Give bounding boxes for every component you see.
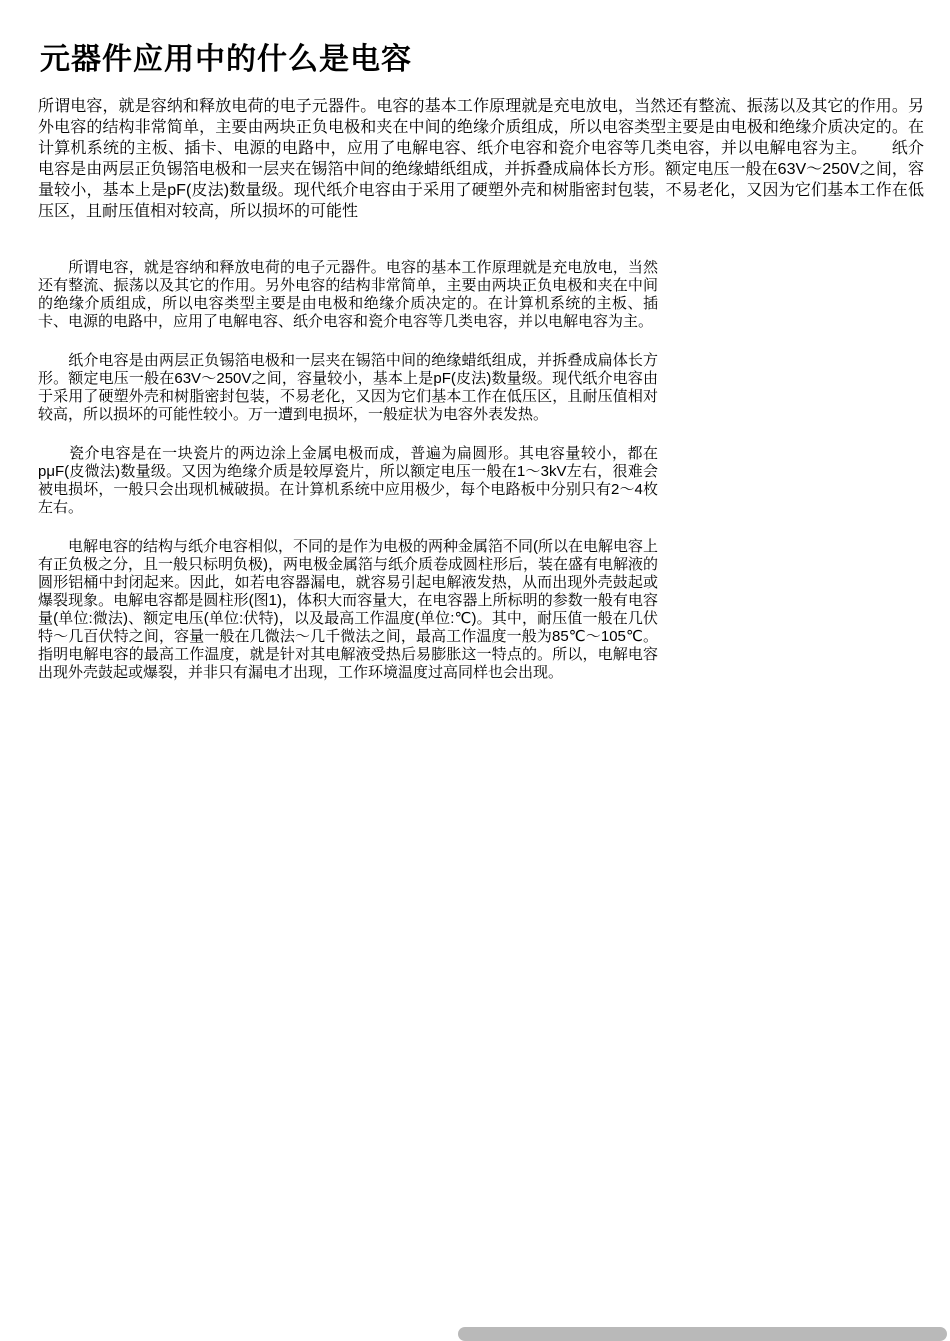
horizontal-scrollbar-thumb[interactable] (458, 1327, 947, 1341)
document-page: 元器件应用中的什么是电容 所谓电容，就是容纳和释放电荷的电子元器件。电容的基本工… (0, 0, 950, 1341)
intro-paragraph: 所谓电容，就是容纳和释放电荷的电子元器件。电容的基本工作原理就是充电放电，当然还… (38, 96, 924, 222)
paragraph-electrolytic-capacitor: 电解电容的结构与纸介电容相似，不同的是作为电极的两种金属箔不同(所以在电解电容上… (38, 538, 658, 682)
paragraph-paper-capacitor: 纸介电容是由两层正负锡箔电极和一层夹在锡箔中间的绝缘蜡纸组成，并拆叠成扁体长方形… (38, 352, 658, 424)
page-title: 元器件应用中的什么是电容 (40, 34, 412, 78)
paragraph-ceramic-capacitor: 瓷介电容是在一块瓷片的两边涂上金属电极而成，普遍为扁圆形。其电容量较小，都在pμ… (38, 445, 658, 517)
paragraph-capacitor-overview: 所谓电容，就是容纳和释放电荷的电子元器件。电容的基本工作原理就是充电放电，当然还… (38, 259, 658, 331)
article-body: 所谓电容，就是容纳和释放电荷的电子元器件。电容的基本工作原理就是充电放电，当然还… (38, 259, 658, 703)
